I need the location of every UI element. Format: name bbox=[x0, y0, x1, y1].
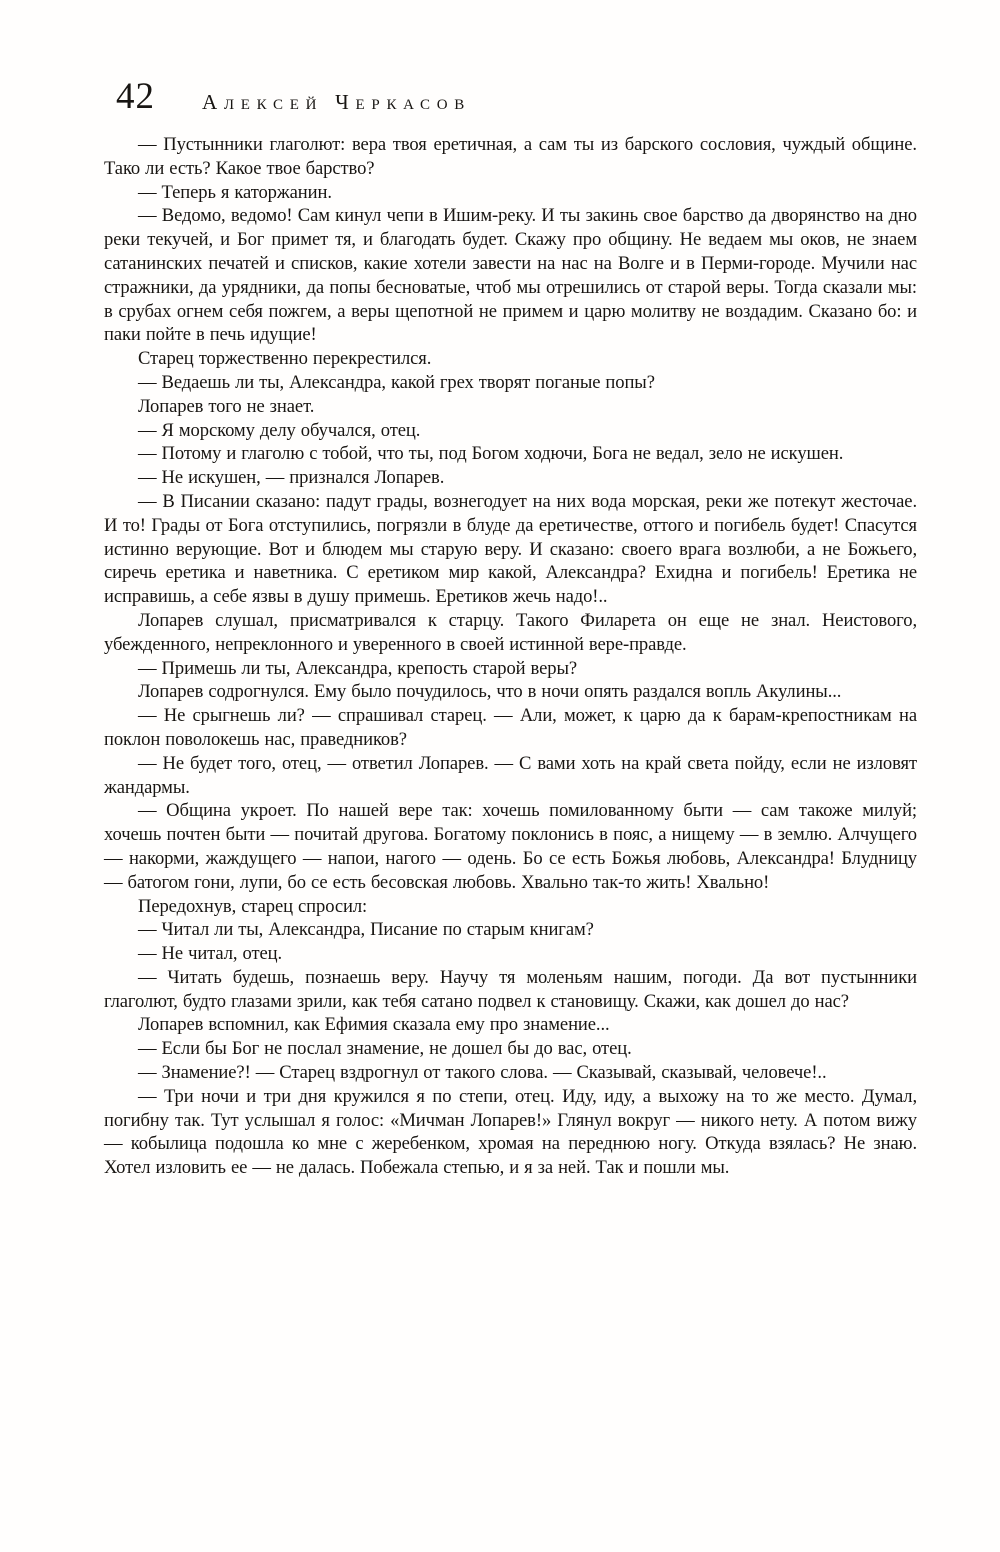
paragraph: — Три ночи и три дня кружился я по степи… bbox=[104, 1085, 917, 1180]
paragraph: — Не читал, отец. bbox=[104, 942, 917, 966]
paragraph: — Пустынники глаголют: вера твоя еретичн… bbox=[104, 133, 917, 181]
paragraph: — Не будет того, отец, — ответил Лопарев… bbox=[104, 752, 917, 800]
paragraph: Передохнув, старец спросил: bbox=[104, 895, 917, 919]
page-number: 42 bbox=[116, 80, 155, 114]
paragraph: Лопарев слушал, присматривался к старцу.… bbox=[104, 609, 917, 657]
paragraph: — В Писании сказано: падут грады, вознег… bbox=[104, 490, 917, 609]
paragraph: — Читать будешь, познаешь веру. Научу тя… bbox=[104, 966, 917, 1014]
paragraph: — Если бы Бог не послал знамение, не дош… bbox=[104, 1037, 917, 1061]
paragraph: — Я морскому делу обучался, отец. bbox=[104, 419, 917, 443]
paragraph: — Читал ли ты, Александра, Писание по ст… bbox=[104, 918, 917, 942]
running-head-author: Алексей Черкасов bbox=[202, 91, 471, 113]
paragraph: — Теперь я каторжанин. bbox=[104, 181, 917, 205]
paragraph: Лопарев содрогнулся. Ему было почудилось… bbox=[104, 680, 917, 704]
paragraph: — Не срыгнешь ли? — спрашивал старец. — … bbox=[104, 704, 917, 752]
paragraph: Старец торжественно перекрестился. bbox=[104, 347, 917, 371]
paragraph: — Примешь ли ты, Александра, крепость ст… bbox=[104, 657, 917, 681]
paragraph: — Община укроет. По нашей вере так: хоче… bbox=[104, 799, 917, 894]
page-header: 42 Алексей Черкасов bbox=[104, 84, 917, 120]
paragraph: — Ведомо, ведомо! Сам кинул чепи в Ишим-… bbox=[104, 204, 917, 347]
paragraph: — Потому и глаголю с тобой, что ты, под … bbox=[104, 442, 917, 466]
paragraph: Лопарев того не знает. bbox=[104, 395, 917, 419]
paragraph: — Ведаешь ли ты, Александра, какой грех … bbox=[104, 371, 917, 395]
body-text: — Пустынники глаголют: вера твоя еретичн… bbox=[104, 133, 917, 1180]
paragraph: — Не искушен, — признался Лопарев. bbox=[104, 466, 917, 490]
paragraph: Лопарев вспомнил, как Ефимия сказала ему… bbox=[104, 1013, 917, 1037]
book-page: 42 Алексей Черкасов — Пустынники глаголю… bbox=[0, 0, 1000, 1552]
paragraph: — Знамение?! — Старец вздрогнул от таког… bbox=[104, 1061, 917, 1085]
